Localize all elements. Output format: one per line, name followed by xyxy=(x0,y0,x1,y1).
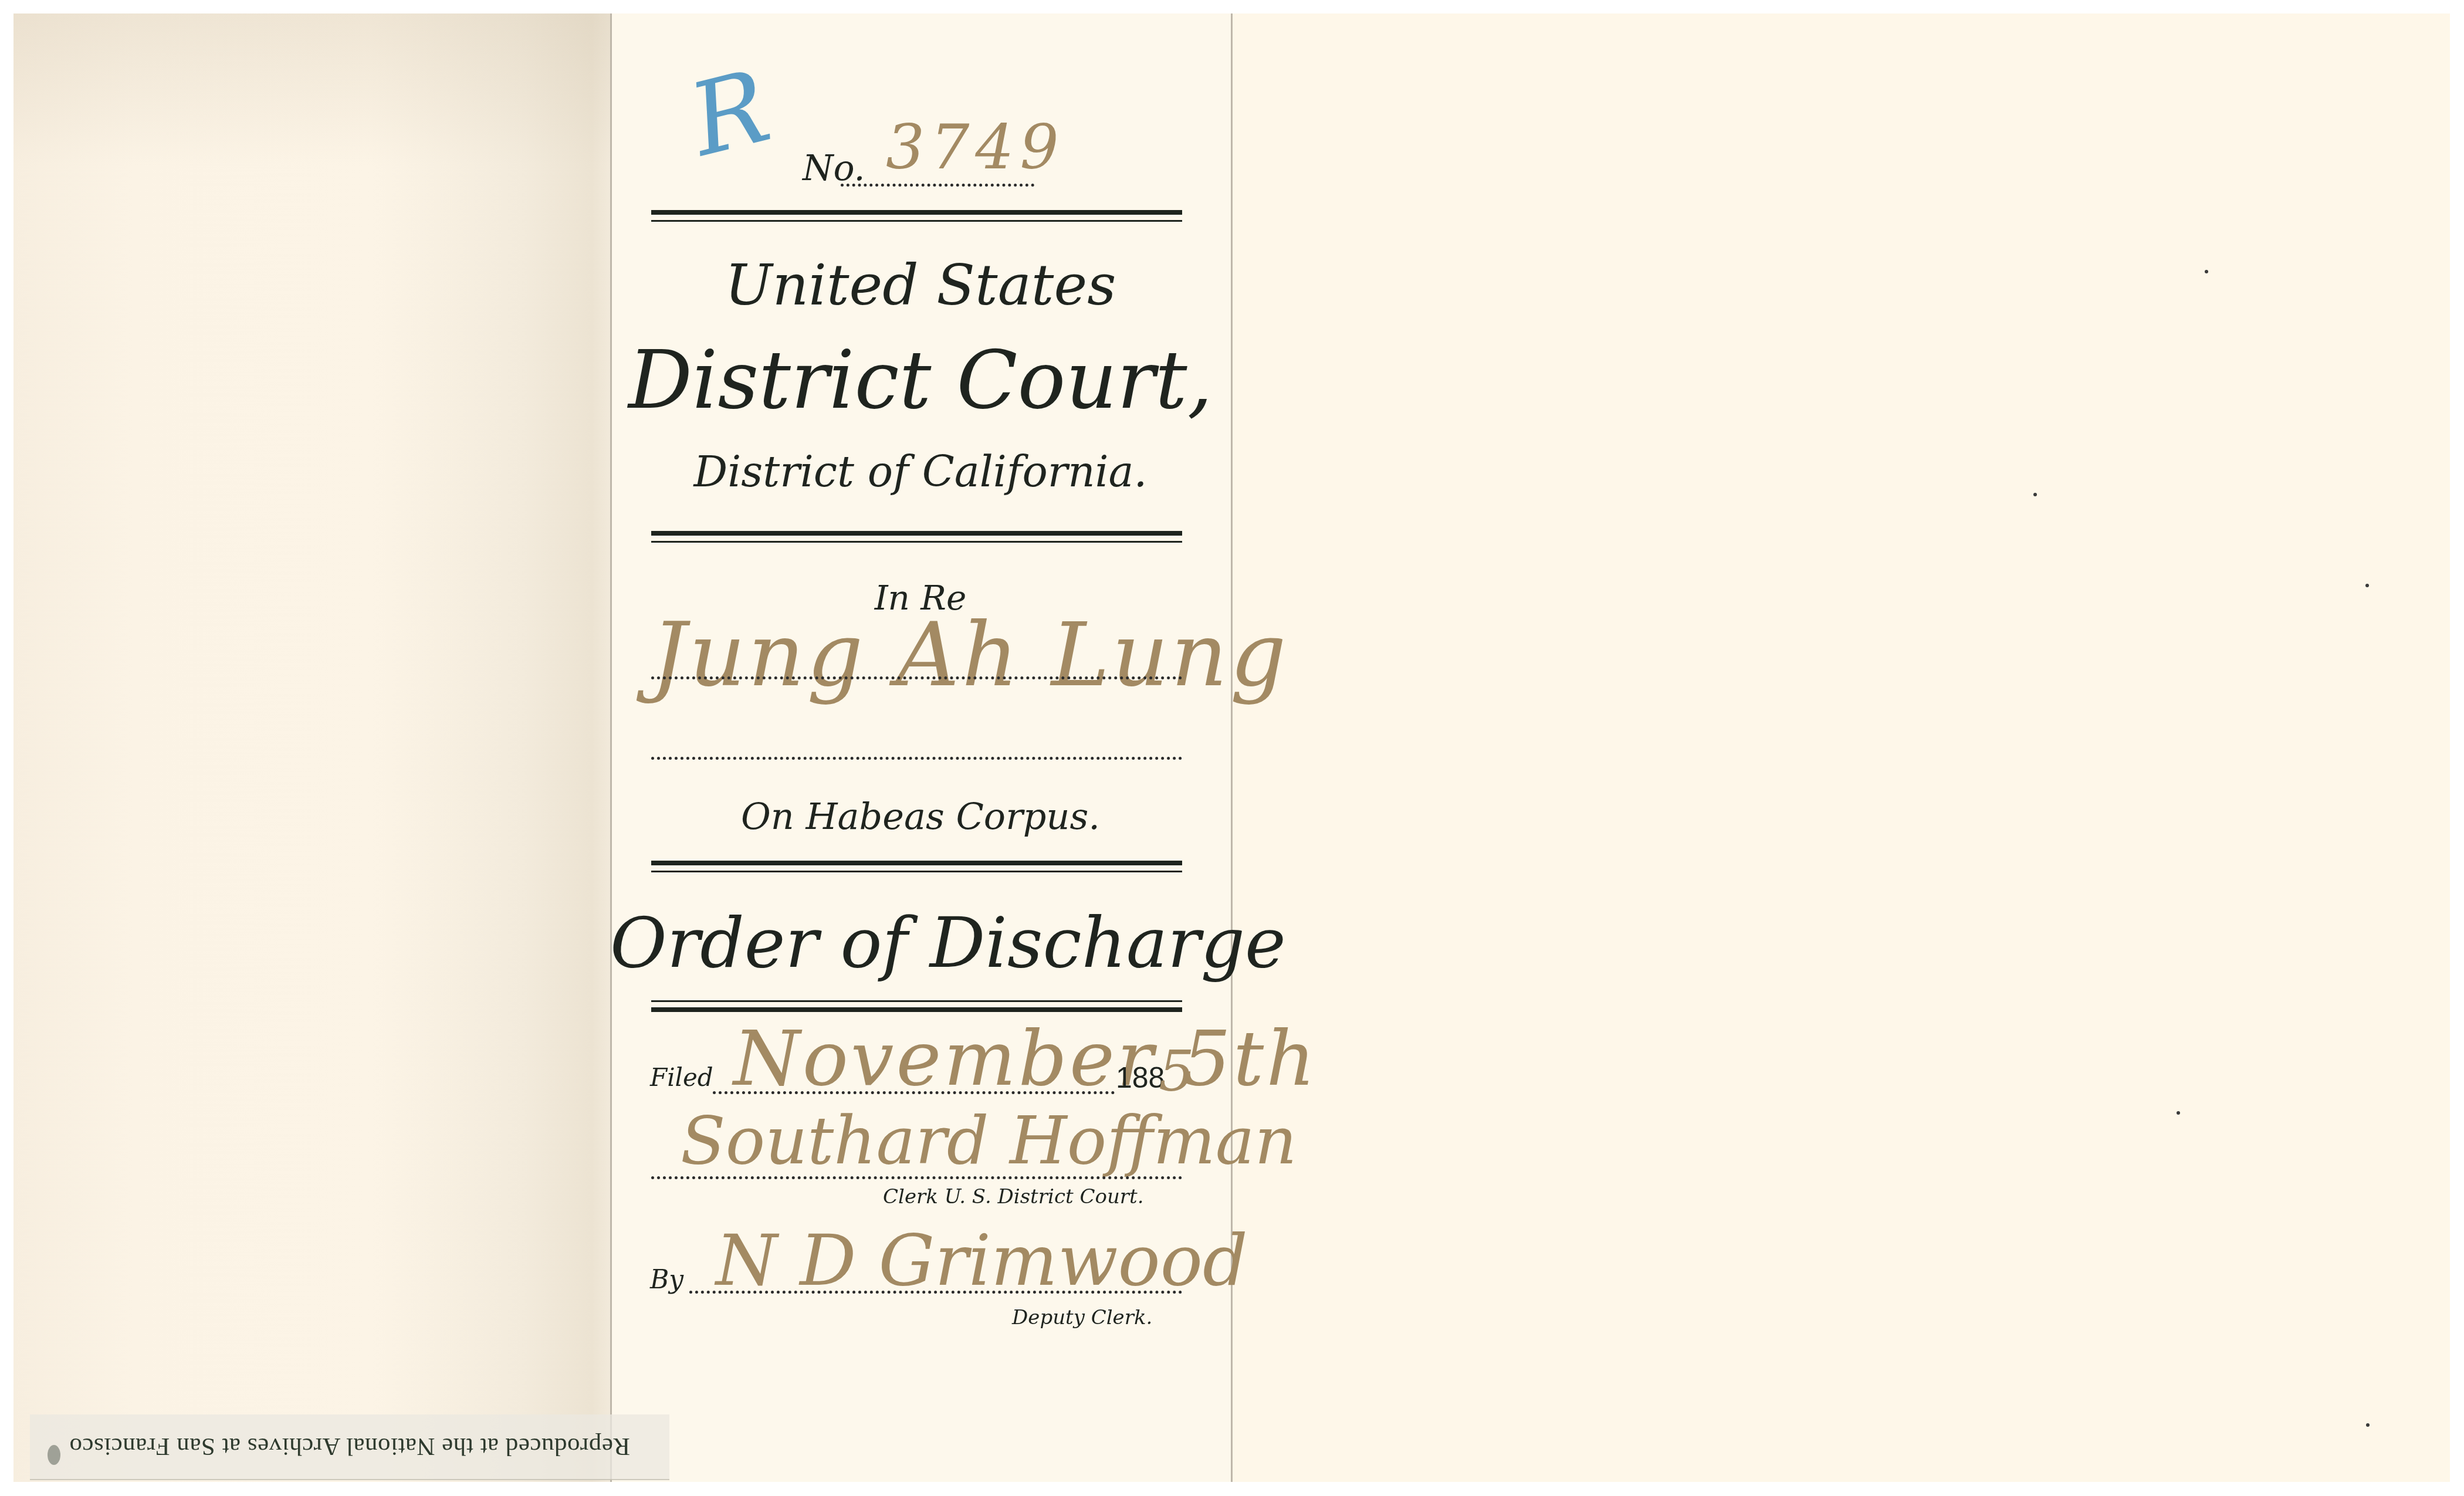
party-name-handwritten: Jung Ah Lung xyxy=(651,604,1289,706)
court-line-district-court: District Court, xyxy=(610,334,1231,427)
filed-date-handwritten: November 5th xyxy=(733,1014,1318,1103)
filed-year-handwritten-digit: 5 xyxy=(1159,1038,1194,1104)
deputy-clerk-title: Deputy Clerk. xyxy=(1012,1306,1152,1329)
party-name-dotted-line xyxy=(651,676,1182,679)
deputy-signature: N D Grimwood xyxy=(716,1220,1248,1302)
case-number-label: No. xyxy=(803,148,865,189)
party-name-dotted-line-2 xyxy=(651,757,1182,760)
archive-stamp-text: Reproduced at the National Archives at S… xyxy=(69,1433,630,1461)
double-rule-2 xyxy=(651,531,1182,543)
paper-speck xyxy=(2365,584,2369,587)
double-rule-4 xyxy=(651,1000,1182,1012)
court-line-district-of-california: District of California. xyxy=(610,447,1231,496)
case-number-value: 3749 xyxy=(886,111,1065,183)
proceeding-label: On Habeas Corpus. xyxy=(610,795,1231,838)
paper-speck xyxy=(2033,493,2037,496)
filed-year-printed: 188 xyxy=(1116,1061,1165,1095)
right-blank-panel xyxy=(1233,13,2450,1482)
case-number-dotted-line xyxy=(841,184,1034,187)
court-line-united-states: United States xyxy=(610,252,1231,318)
paper-speck xyxy=(2366,1423,2370,1427)
paper-speck xyxy=(2205,270,2208,273)
archive-stamp: Reproduced at the National Archives at S… xyxy=(30,1414,669,1480)
paper-speck xyxy=(2177,1111,2180,1115)
document-title: Order of Discharge xyxy=(610,902,1231,983)
clerk-title: Clerk U. S. District Court. xyxy=(883,1185,1144,1209)
double-rule-3 xyxy=(651,861,1182,872)
filed-label: Filed xyxy=(650,1063,713,1092)
double-rule-1 xyxy=(651,210,1182,222)
clerk-signature-line xyxy=(651,1176,1182,1179)
by-label: By xyxy=(650,1265,683,1295)
left-back-panel xyxy=(13,13,610,1482)
pin-icon xyxy=(48,1445,60,1465)
clerk-signature: Southard Hoffman xyxy=(681,1103,1297,1179)
